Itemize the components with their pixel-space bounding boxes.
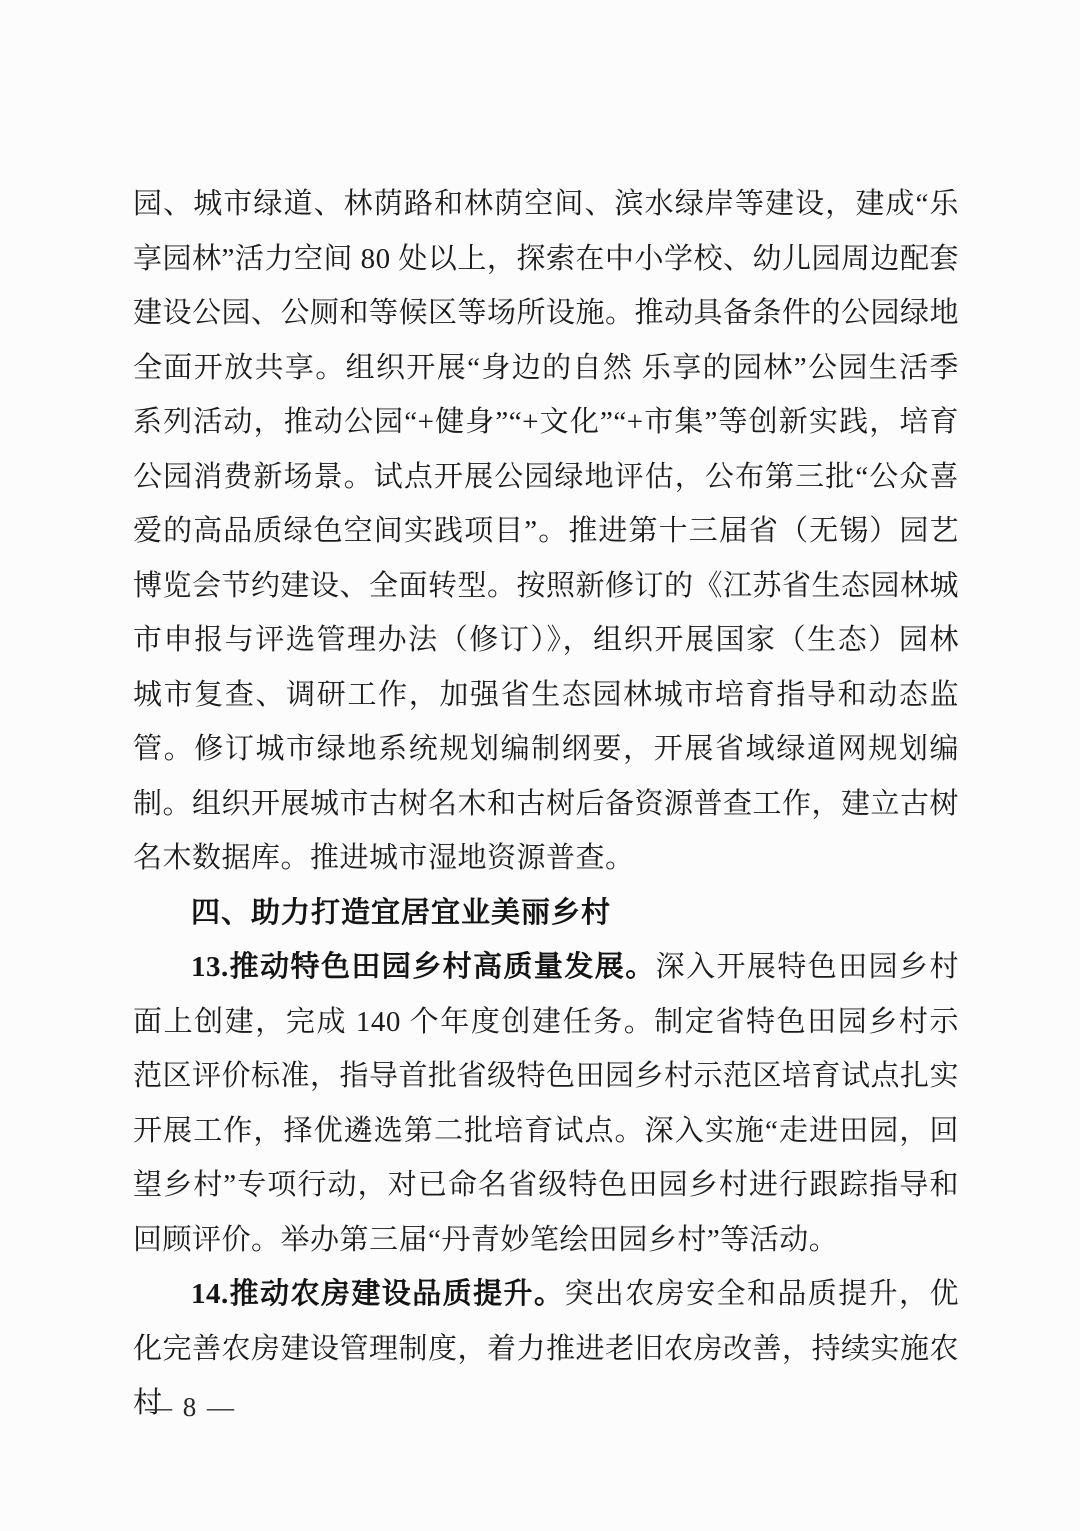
item-13-paragraph: 13.推动特色田园乡村高质量发展。深入开展特色田园乡村面上创建，完成 140 个… [133,940,959,1267]
page-number-footer: — 8 — [145,1390,236,1424]
item-13-title: 13.推动特色田园乡村高质量发展。 [191,951,656,983]
item-14-title: 14.推动农房建设品质提升。 [191,1278,564,1310]
continued-paragraph: 园、城市绿道、林荫路和林荫空间、滨水绿岸等建设，建成“乐享园林”活力空间 80 … [133,177,959,886]
document-page: 园、城市绿道、林荫路和林荫空间、滨水绿岸等建设，建成“乐享园林”活力空间 80 … [0,0,1080,1531]
section-heading: 四、助力打造宜居宜业美丽乡村 [133,886,959,941]
document-body: 园、城市绿道、林荫路和林荫空间、滨水绿岸等建设，建成“乐享园林”活力空间 80 … [133,177,959,1431]
item-13-text: 深入开展特色田园乡村面上创建，完成 140 个年度创建任务。制定省特色田园乡村示… [133,951,959,1256]
item-14-paragraph: 14.推动农房建设品质提升。突出农房安全和品质提升，优化完善农房建设管理制度，着… [133,1267,959,1431]
